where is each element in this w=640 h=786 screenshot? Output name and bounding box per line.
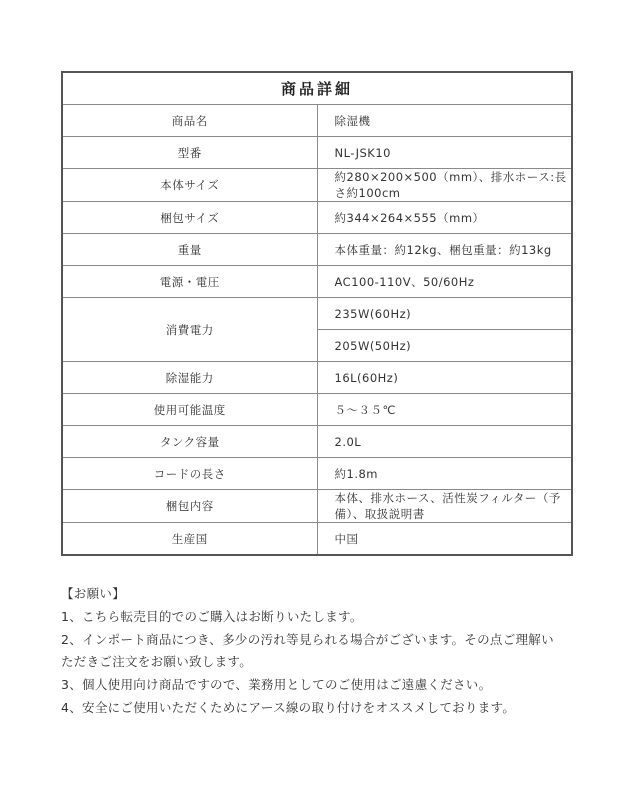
row-label-power-consumption: 消費電力 xyxy=(62,298,317,362)
row-value-product-name: 除湿機 xyxy=(317,105,572,137)
table-row: 本体サイズ 約280×200×500（mm）、排水ホース:長さ約100cm xyxy=(62,169,572,202)
row-label-weight: 重量 xyxy=(62,234,317,266)
table-title: 商品詳細 xyxy=(62,72,572,105)
row-label-dehumidify-capacity: 除湿能力 xyxy=(62,362,317,394)
row-value-tank-capacity: 2.0L xyxy=(317,426,572,458)
row-value-package-size: 約344×264×555（mm） xyxy=(317,202,572,234)
row-label-package-contents: 梱包内容 xyxy=(62,490,317,523)
table-row: 型番 NL-JSK10 xyxy=(62,137,572,169)
table-row: 生産国 中国 xyxy=(62,523,572,556)
row-value-power-voltage: AC100-110V、50/60Hz xyxy=(317,266,572,298)
row-value-country-of-origin: 中国 xyxy=(317,523,572,556)
row-label-cord-length: コードの長さ xyxy=(62,458,317,490)
row-value-dehumidify-capacity: 16L(60Hz) xyxy=(317,362,572,394)
table-row: 消費電力 235W(60Hz) xyxy=(62,298,572,330)
notes-line: 3、個人使用向け商品ですので、業務用としてのご使用はご遠慮ください。 xyxy=(61,674,591,697)
row-label-country-of-origin: 生産国 xyxy=(62,523,317,556)
table-row: 電源・電圧 AC100-110V、50/60Hz xyxy=(62,266,572,298)
row-value-power-consumption-60hz: 235W(60Hz) xyxy=(317,298,572,330)
table-row: タンク容量 2.0L xyxy=(62,426,572,458)
row-value-body-size: 約280×200×500（mm）、排水ホース:長さ約100cm xyxy=(317,169,572,202)
table-row: 使用可能温度 ５～３５℃ xyxy=(62,394,572,426)
table-row: コードの長さ 約1.8m xyxy=(62,458,572,490)
row-value-operating-temperature: ５～３５℃ xyxy=(317,394,572,426)
row-value-package-contents: 本体、排水ホース、活性炭フィルター（予備）、取扱説明書 xyxy=(317,490,572,523)
row-value-cord-length: 約1.8m xyxy=(317,458,572,490)
row-label-power-voltage: 電源・電圧 xyxy=(62,266,317,298)
row-label-product-name: 商品名 xyxy=(62,105,317,137)
table-row: 商品名 除湿機 xyxy=(62,105,572,137)
row-label-operating-temperature: 使用可能温度 xyxy=(62,394,317,426)
row-label-tank-capacity: タンク容量 xyxy=(62,426,317,458)
notes-line: 4、安全にご使用いただくためにアース線の取り付けをオススメしております。 xyxy=(61,697,591,720)
table-row: 梱包内容 本体、排水ホース、活性炭フィルター（予備）、取扱説明書 xyxy=(62,490,572,523)
table-row: 重量 本体重量：約12kg、梱包重量：約13kg xyxy=(62,234,572,266)
notes-line: 1、こちら転売目的でのご購入はお断りいたします。 xyxy=(61,606,591,629)
table-row: 梱包サイズ 約344×264×555（mm） xyxy=(62,202,572,234)
row-label-model-number: 型番 xyxy=(62,137,317,169)
row-label-package-size: 梱包サイズ xyxy=(62,202,317,234)
row-value-model-number: NL-JSK10 xyxy=(317,137,572,169)
row-label-body-size: 本体サイズ xyxy=(62,169,317,202)
notes-heading: 【お願い】 xyxy=(61,583,591,606)
table-row: 除湿能力 16L(60Hz) xyxy=(62,362,572,394)
product-details-table: 商品詳細 商品名 除湿機 型番 NL-JSK10 本体サイズ 約280×200×… xyxy=(61,71,573,556)
notes-line: ただきご注文をお願い致します。 xyxy=(61,651,591,674)
notes-section: 【お願い】 1、こちら転売目的でのご購入はお断りいたします。 2、インポート商品… xyxy=(61,583,591,720)
row-value-weight: 本体重量：約12kg、梱包重量：約13kg xyxy=(317,234,572,266)
row-value-power-consumption-50hz: 205W(50Hz) xyxy=(317,330,572,362)
table-header-row: 商品詳細 xyxy=(62,72,572,105)
notes-line: 2、インポート商品につき、多少の汚れ等見られる場合がございます。その点ご理解い xyxy=(61,629,591,652)
